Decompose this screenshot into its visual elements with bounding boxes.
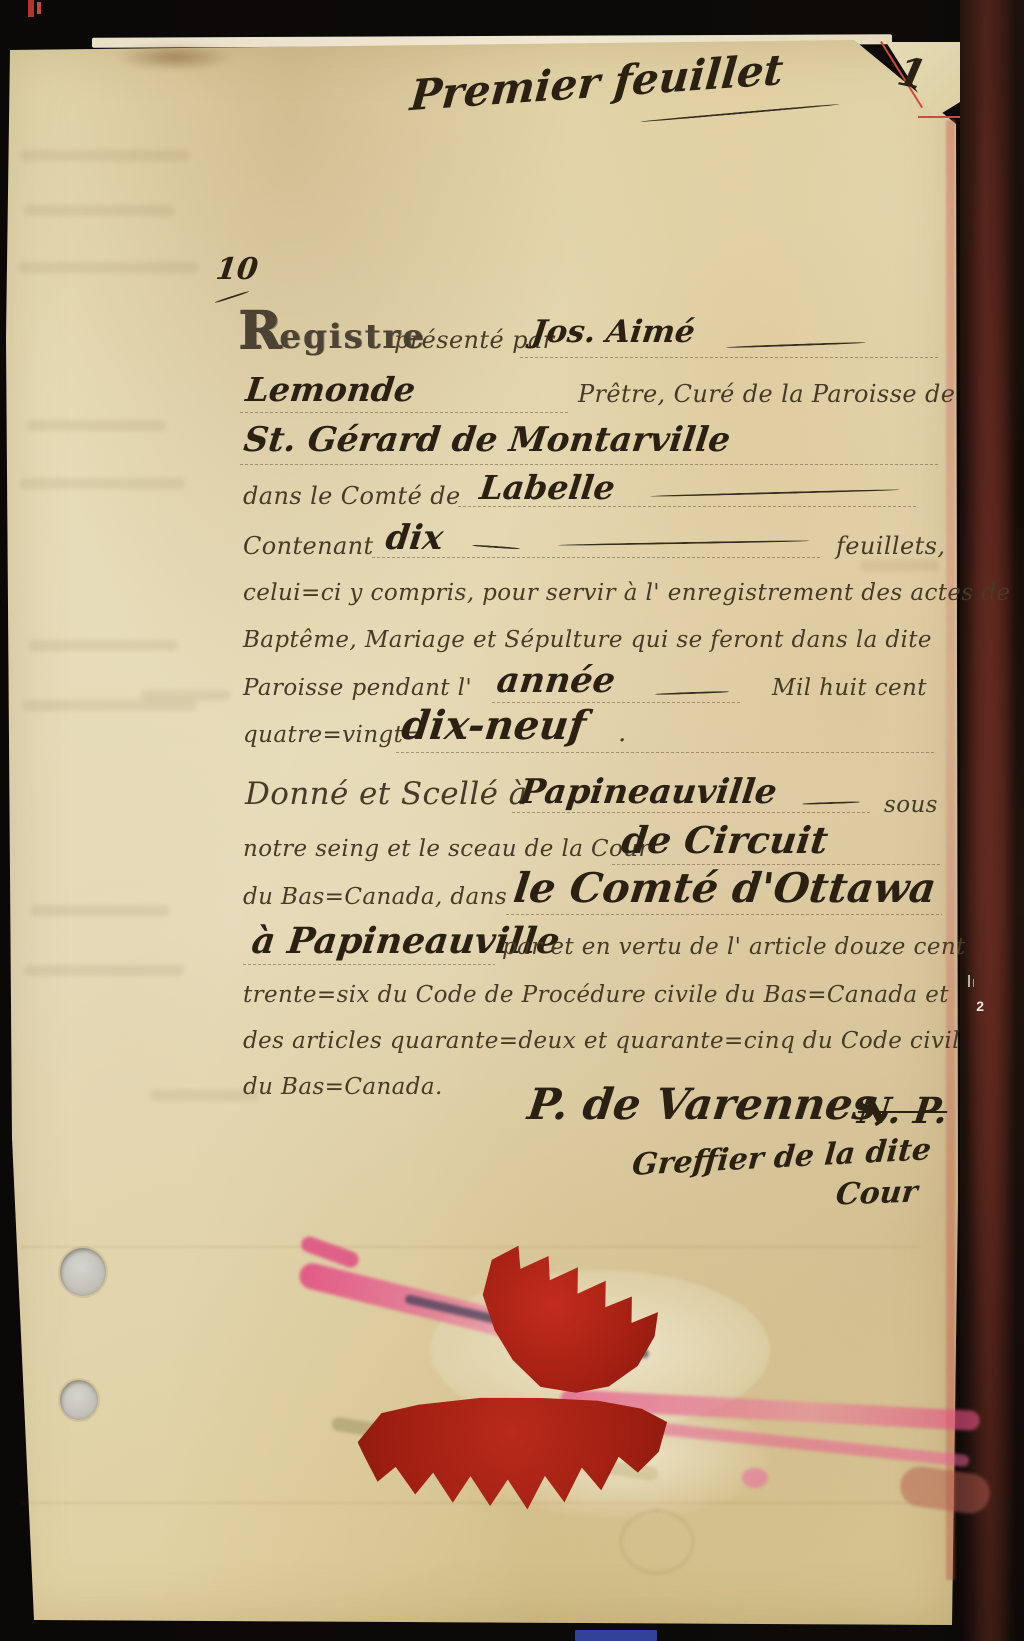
form-dans-le-comte: dans le Comté de [243, 482, 461, 510]
bleed-through [28, 640, 178, 651]
entry-comte: Labelle [478, 468, 618, 507]
seal-ghost-imprint [620, 1510, 694, 1574]
signature-struck-credentials: N. P. [855, 1090, 949, 1132]
blank-rule [512, 812, 872, 813]
form-line-celui-ci: celui=ci y compris, pour servir à l' enr… [243, 580, 1010, 606]
paper-stain [110, 42, 240, 72]
form-pretre-cure: Prêtre, Curé de la Paroisse de [578, 380, 955, 408]
bleed-through [26, 420, 166, 431]
ornate-initial-R: R [238, 300, 279, 361]
form-du-bas-canada: du Bas=Canada, dans [243, 884, 507, 910]
bleed-through [20, 478, 185, 489]
blank-rule [240, 412, 570, 413]
entry-comte-cour: le Comté d'Ottawa [511, 864, 939, 912]
blank-rule [520, 357, 940, 358]
signature-name: P. de Varennes, [525, 1080, 895, 1130]
blank-rule [243, 964, 495, 965]
form-line-trente-six: trente=six du Code de Procédure civile d… [243, 982, 949, 1008]
fold-crease [20, 1502, 920, 1504]
form-paroisse-pendant: Paroisse pendant l' [243, 675, 472, 701]
signature-title-line2: Cour [834, 1175, 919, 1213]
form-feuillets: feuillets, [836, 532, 945, 560]
entry-annee: année [494, 660, 617, 701]
fold-crease [20, 1246, 920, 1248]
entry-dix-neuf: dix-neuf [399, 702, 589, 749]
book-spine-edge [960, 0, 1024, 1641]
form-line-bapteme: Baptême, Mariage et Sépulture qui se fer… [243, 627, 932, 653]
entry-presenter-last: Lemonde [244, 370, 418, 409]
microfilm-scan: 2 Premier feuillet 1 10 Registre présent… [0, 0, 1024, 1641]
punch-hole [60, 1248, 106, 1296]
film-tick-mark [968, 975, 970, 987]
form-quatre-vingt: quatre=vingt= [243, 722, 423, 748]
scanner-artifact [575, 1630, 657, 1641]
form-donne-scelle: Donné et Scellé à [245, 776, 528, 812]
punch-hole [60, 1380, 98, 1420]
blank-rule [240, 464, 938, 465]
pink-dot [742, 1468, 768, 1488]
form-line-articles: des articles quarante=deux et quarante=c… [243, 1028, 960, 1054]
bleed-through [860, 560, 940, 571]
blank-rule [506, 914, 942, 915]
form-notre-seing: notre seing et le sceau de la Cour [243, 836, 650, 862]
bleed-through [20, 150, 190, 161]
form-contenant: Contenant [243, 532, 374, 560]
bleed-through [24, 965, 184, 976]
form-period: . [618, 718, 627, 748]
form-vertu-article: par et en vertu de l' article douze cent [502, 934, 966, 960]
form-mil-huit-cent: Mil huit cent [772, 675, 927, 701]
bleed-through [30, 905, 170, 916]
margin-number: 10 [214, 252, 260, 287]
entry-type-cour: de Circuit [619, 818, 830, 862]
bleed-through [140, 690, 230, 701]
entry-presenter-first: Jos. Aimé [530, 314, 697, 350]
entry-lieu-scelle: Papineauville [518, 772, 780, 812]
bleed-through [22, 700, 197, 711]
bleed-through [18, 262, 198, 273]
blank-rule [396, 752, 936, 753]
film-tick-mark [973, 979, 974, 987]
bleed-through [24, 205, 174, 216]
form-du-bas-canada-fin: du Bas=Canada. [243, 1074, 443, 1100]
entry-paroisse: St. Gérard de Montarville [242, 420, 733, 460]
entry-nb-feuillets: dix [384, 518, 446, 558]
form-sous: sous [884, 792, 938, 818]
film-frame-number: 2 [976, 998, 984, 1014]
red-fore-edge [946, 120, 955, 1580]
red-edge-tint [37, 2, 41, 14]
red-edge-tint [28, 0, 34, 17]
